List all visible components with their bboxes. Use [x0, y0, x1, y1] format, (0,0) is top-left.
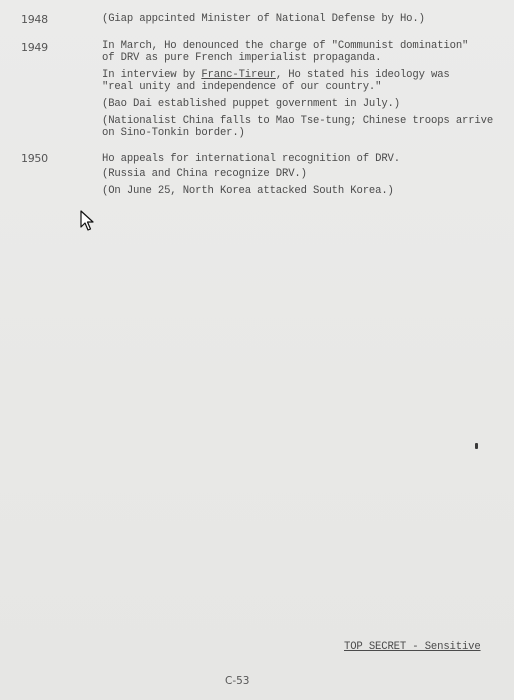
classification-marking: TOP SECRET - Sensitive — [344, 641, 481, 653]
entry-paragraph: In March, Ho denounced the charge of "Co… — [102, 41, 468, 64]
page-number: C-53 — [225, 675, 249, 687]
entry-paragraph: Ho appeals for international recognition… — [102, 154, 400, 166]
entry-paragraph: (Nationalist China falls to Mao Tse-tung… — [102, 116, 493, 139]
entry-paragraph: (Russia and China recognize DRV.) — [102, 169, 307, 181]
entry-year: 1950 — [21, 152, 48, 165]
entry-year: 1949 — [21, 41, 48, 54]
scan-artifact — [475, 443, 478, 449]
publication-title: Franc-Tireur — [201, 69, 276, 81]
entry-paragraph: (On June 25, North Korea attacked South … — [102, 186, 394, 198]
mouse-pointer-arrow-icon — [80, 210, 94, 232]
document-page: 1948 (Giap appcinted Minister of Nationa… — [0, 0, 514, 700]
entry-paragraph: (Giap appcinted Minister of National Def… — [102, 14, 425, 26]
entry-paragraph: (Bao Dai established puppet government i… — [102, 99, 400, 111]
entry-year: 1948 — [21, 13, 48, 26]
paragraph-prefix: In interview by — [102, 69, 201, 81]
entry-paragraph-interview: In interview by Franc-Tireur, Ho stated … — [102, 70, 450, 93]
